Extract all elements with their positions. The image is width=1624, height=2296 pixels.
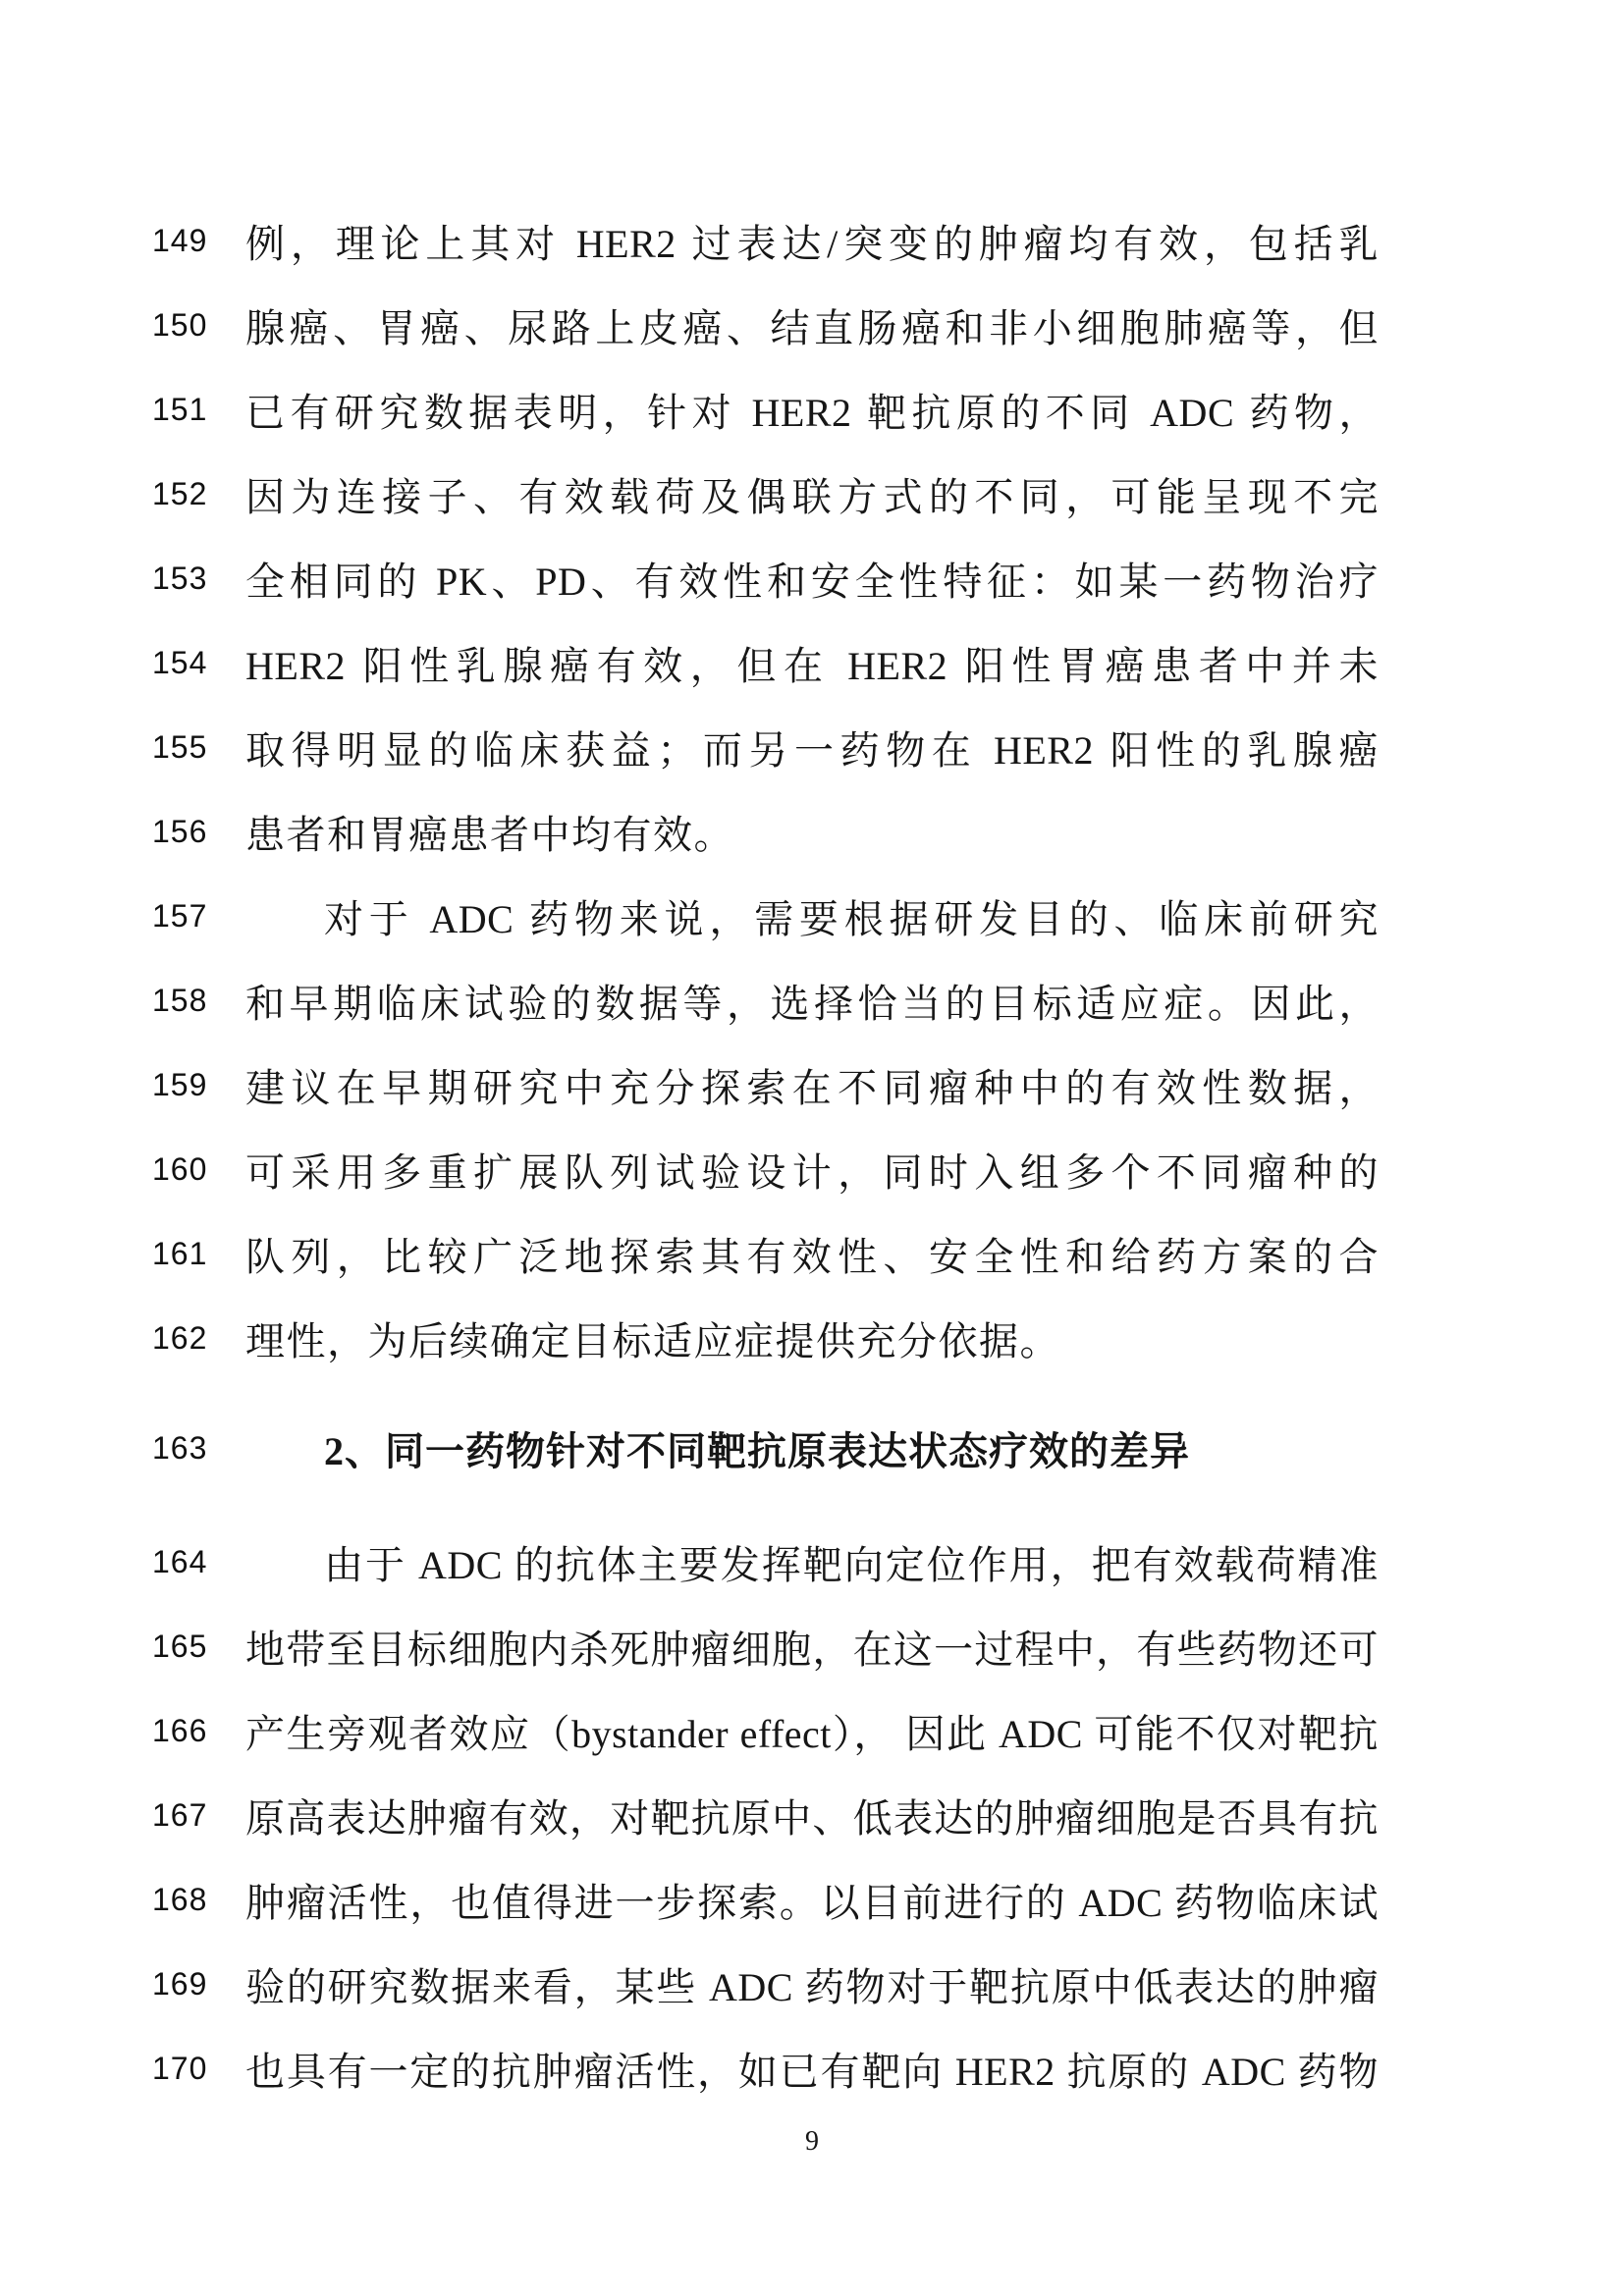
line-number: 163 [152,1430,245,1467]
line-number: 155 [152,729,245,766]
line-text: 取得明显的临床获益；而另一药物在 HER2 阳性的乳腺癌 [245,720,1379,775]
line-166: 166 产生旁观者效应（bystander effect）， 因此 ADC 可能… [152,1688,1379,1773]
document-body: 149 例，理论上其对 HER2 过表达/突变的肿瘤均有效，包括乳 150 腺癌… [152,198,1379,2110]
line-number: 166 [152,1713,245,1749]
page-number: 9 [0,2126,1624,2158]
line-150: 150 腺癌、胃癌、尿路上皮癌、结直肠癌和非小细胞肺癌等，但 [152,283,1379,367]
line-number: 164 [152,1544,245,1580]
line-number: 169 [152,1966,245,2002]
line-157: 157 对于 ADC 药物来说，需要根据研发目的、临床前研究 [152,874,1379,958]
line-text: 因为连接子、有效载荷及偶联方式的不同，可能呈现不完 [245,466,1379,522]
line-number: 151 [152,392,245,428]
line-text: 地带至目标细胞内杀死肿瘤细胞，在这一过程中，有些药物还可 [245,1619,1379,1675]
line-number: 159 [152,1067,245,1103]
line-text: 全相同的 PK、PD、有效性和安全性特征：如某一药物治疗 [245,551,1379,607]
line-164: 164 由于 ADC 的抗体主要发挥靶向定位作用，把有效载荷精准 [152,1520,1379,1604]
line-number: 150 [152,307,245,344]
line-number: 165 [152,1629,245,1665]
line-number: 158 [152,983,245,1019]
line-number: 152 [152,476,245,512]
line-text: 也具有一定的抗肿瘤活性，如已有靶向 HER2 抗原的 ADC 药物 [245,2041,1379,2097]
line-151: 151 已有研究数据表明，针对 HER2 靶抗原的不同 ADC 药物， [152,367,1379,452]
document-page: 149 例，理论上其对 HER2 过表达/突变的肿瘤均有效，包括乳 150 腺癌… [0,0,1624,2296]
line-text: 患者和胃癌患者中均有效。 [245,804,1379,860]
line-text: 产生旁观者效应（bystander effect）， 因此 ADC 可能不仅对靶… [245,1703,1379,1759]
line-text: 队列，比较广泛地探索其有效性、安全性和给药方案的合 [245,1226,1379,1282]
line-154: 154 HER2 阳性乳腺癌有效，但在 HER2 阳性胃癌患者中并未 [152,620,1379,705]
line-number: 160 [152,1151,245,1188]
line-text: HER2 阳性乳腺癌有效，但在 HER2 阳性胃癌患者中并未 [245,635,1379,691]
line-text: 例，理论上其对 HER2 过表达/突变的肿瘤均有效，包括乳 [245,213,1379,269]
line-text: 腺癌、胃癌、尿路上皮癌、结直肠癌和非小细胞肺癌等，但 [245,297,1379,353]
line-number: 162 [152,1320,245,1357]
line-160: 160 可采用多重扩展队列试验设计，同时入组多个不同瘤种的 [152,1127,1379,1211]
line-155: 155 取得明显的临床获益；而另一药物在 HER2 阳性的乳腺癌 [152,705,1379,789]
line-165: 165 地带至目标细胞内杀死肿瘤细胞，在这一过程中，有些药物还可 [152,1604,1379,1688]
section-heading-line: 163 2、同一药物针对不同靶抗原表达状态疗效的差异 [152,1406,1379,1490]
line-168: 168 肿瘤活性，也值得进一步探索。以目前进行的 ADC 药物临床试 [152,1857,1379,1942]
line-text: 肿瘤活性，也值得进一步探索。以目前进行的 ADC 药物临床试 [245,1872,1379,1928]
line-number: 154 [152,645,245,681]
line-text: 原高表达肿瘤有效，对靶抗原中、低表达的肿瘤细胞是否具有抗 [245,1788,1379,1843]
line-text: 已有研究数据表明，针对 HER2 靶抗原的不同 ADC 药物， [245,382,1379,438]
line-number: 153 [152,561,245,597]
section-heading: 2、同一药物针对不同靶抗原表达状态疗效的差异 [245,1420,1379,1476]
line-159: 159 建议在早期研究中充分探索在不同瘤种中的有效性数据， [152,1042,1379,1127]
line-149: 149 例，理论上其对 HER2 过表达/突变的肿瘤均有效，包括乳 [152,198,1379,283]
line-text: 对于 ADC 药物来说，需要根据研发目的、临床前研究 [245,888,1379,944]
line-text: 理性，为后续确定目标适应症提供充分依据。 [245,1310,1379,1366]
line-number: 156 [152,814,245,850]
line-number: 168 [152,1882,245,1918]
line-161: 161 队列，比较广泛地探索其有效性、安全性和给药方案的合 [152,1211,1379,1296]
line-number: 161 [152,1236,245,1272]
line-162: 162 理性，为后续确定目标适应症提供充分依据。 [152,1296,1379,1380]
line-153: 153 全相同的 PK、PD、有效性和安全性特征：如某一药物治疗 [152,536,1379,620]
line-158: 158 和早期临床试验的数据等，选择恰当的目标适应症。因此， [152,958,1379,1042]
line-156: 156 患者和胃癌患者中均有效。 [152,789,1379,874]
line-167: 167 原高表达肿瘤有效，对靶抗原中、低表达的肿瘤细胞是否具有抗 [152,1773,1379,1857]
line-text: 可采用多重扩展队列试验设计，同时入组多个不同瘤种的 [245,1142,1379,1198]
line-text: 验的研究数据来看，某些 ADC 药物对于靶抗原中低表达的肿瘤 [245,1956,1379,2012]
line-170: 170 也具有一定的抗肿瘤活性，如已有靶向 HER2 抗原的 ADC 药物 [152,2026,1379,2110]
line-number: 170 [152,2051,245,2087]
line-152: 152 因为连接子、有效载荷及偶联方式的不同，可能呈现不完 [152,452,1379,536]
line-number: 149 [152,223,245,259]
line-number: 167 [152,1797,245,1834]
line-text: 由于 ADC 的抗体主要发挥靶向定位作用，把有效载荷精准 [245,1534,1379,1590]
line-number: 157 [152,898,245,934]
line-169: 169 验的研究数据来看，某些 ADC 药物对于靶抗原中低表达的肿瘤 [152,1942,1379,2026]
line-text: 和早期临床试验的数据等，选择恰当的目标适应症。因此， [245,973,1379,1029]
line-text: 建议在早期研究中充分探索在不同瘤种中的有效性数据， [245,1057,1379,1113]
